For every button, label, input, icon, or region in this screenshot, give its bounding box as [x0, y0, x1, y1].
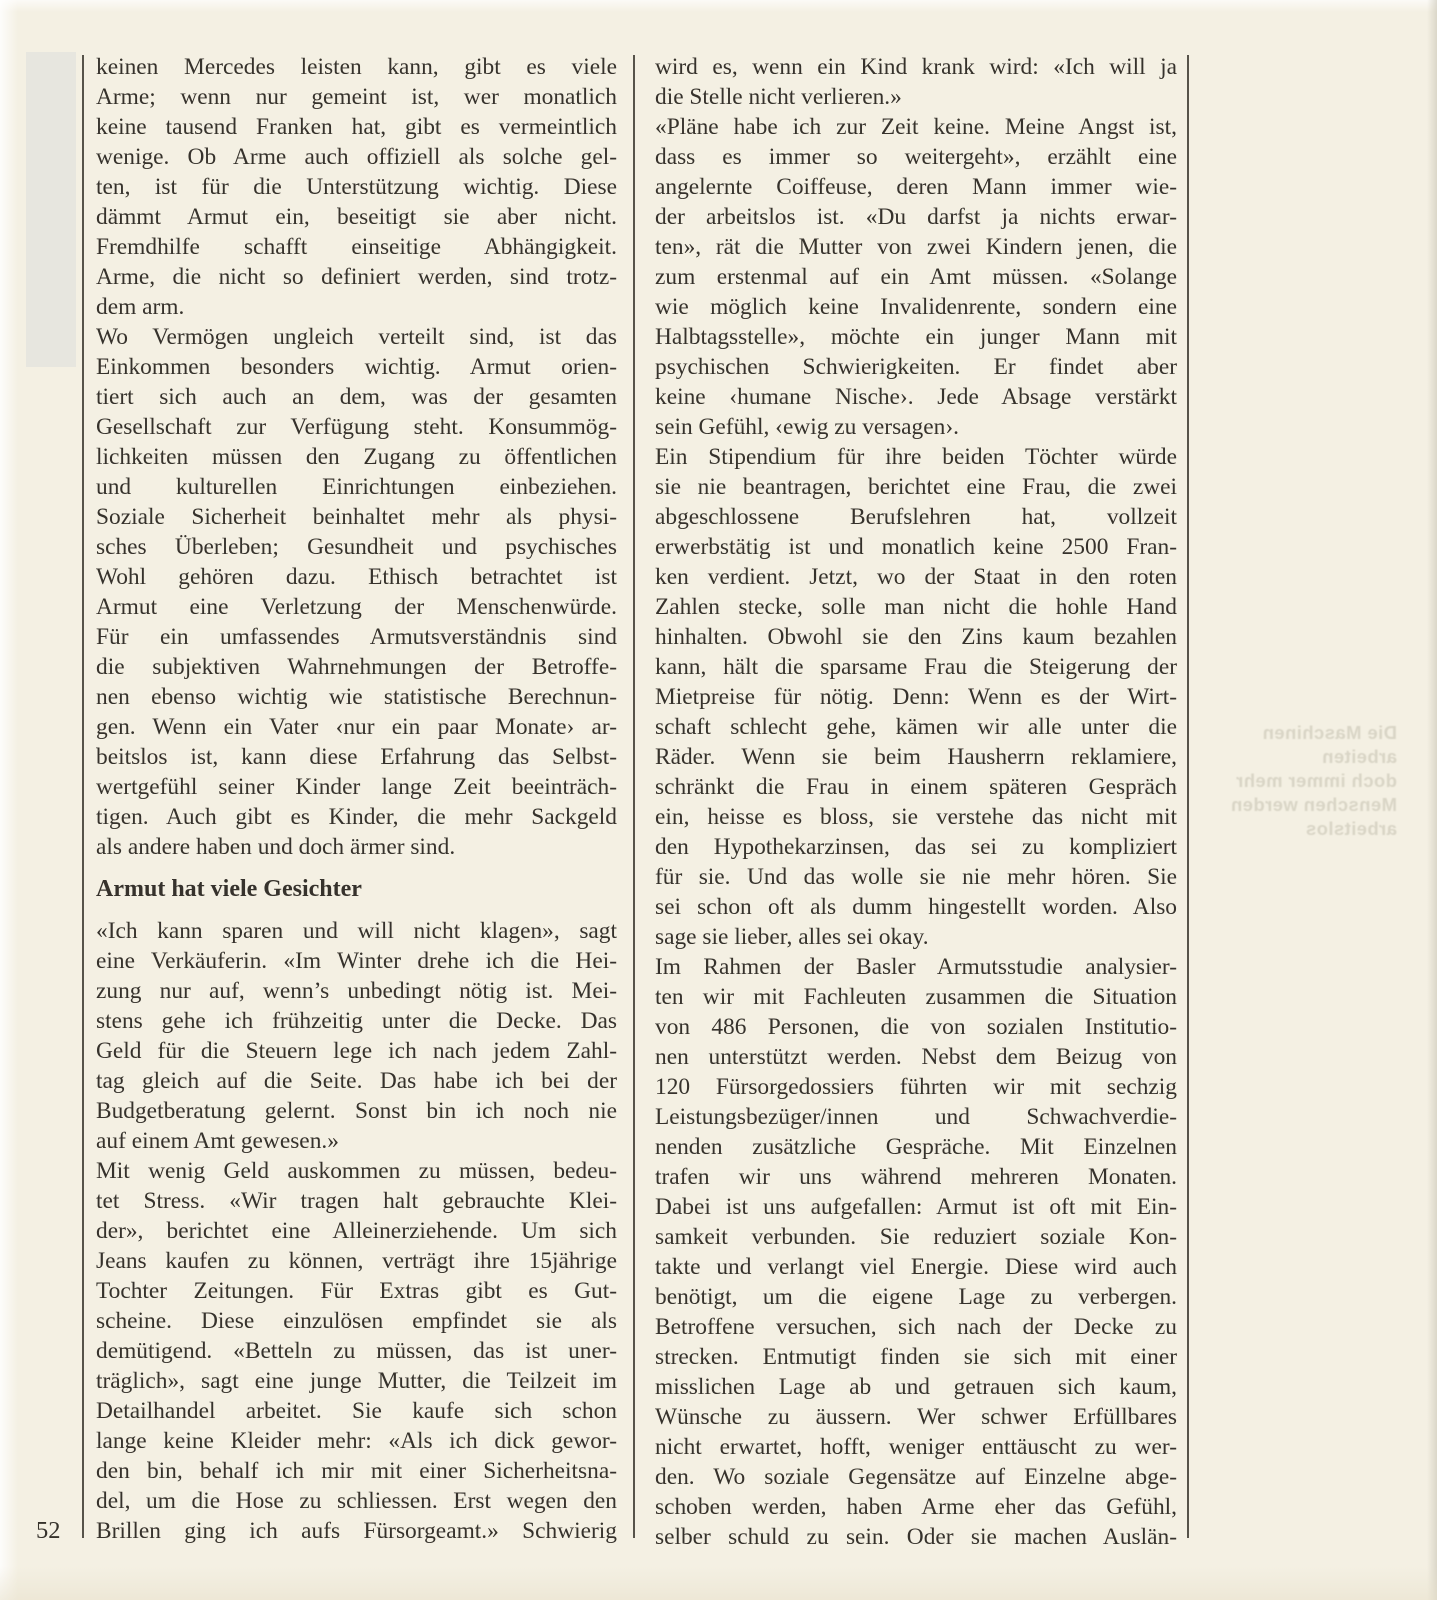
- text-line: Fremdhilfe schafft einseitige Abhängigke…: [96, 232, 617, 262]
- text-line: der», berichtet eine Alleinerziehende. U…: [96, 1216, 617, 1246]
- text-line: del, um die Hose zu schliessen. Erst weg…: [96, 1486, 617, 1516]
- text-line: Halbtagsstelle», möchte ein junger Mann …: [655, 322, 1177, 352]
- left-text-column: keinen Mercedes leisten kann, gibt es vi…: [96, 52, 617, 1546]
- text-line: Leistungsbezüger/innen und Schwachverdie…: [655, 1102, 1177, 1132]
- text-line: selber schuld zu sein. Oder sie machen A…: [655, 1522, 1177, 1552]
- text-line: zum erstenmal auf ein Amt müssen. «Solan…: [655, 262, 1177, 292]
- text-line: Geld für die Steuern lege ich nach jedem…: [96, 1036, 617, 1066]
- text-line: «Pläne habe ich zur Zeit keine. Meine An…: [655, 112, 1177, 142]
- text-line: trafen wir uns während mehreren Monaten.: [655, 1162, 1177, 1192]
- text-line: eine Verkäuferin. «Im Winter drehe ich d…: [96, 946, 617, 976]
- text-line: Für ein umfassendes Armutsverständnis si…: [96, 622, 617, 652]
- text-line: sein Gefühl, ‹ewig zu versagen›.: [655, 412, 1177, 442]
- section-heading: Armut hat viele Gesichter: [96, 874, 617, 904]
- text-line: ten wir mit Fachleuten zusammen die Situ…: [655, 982, 1177, 1012]
- text-line: psychischen Schwierigkeiten. Er findet a…: [655, 352, 1177, 382]
- text-line: Arme; wenn nur gemeint ist, wer monatlic…: [96, 82, 617, 112]
- text-line: Brillen ging ich aufs Fürsorgeamt.» Schw…: [96, 1516, 617, 1546]
- bleedthrough-line: arbeitslos: [1247, 817, 1397, 841]
- center-column-rule: [633, 55, 635, 1538]
- text-line: dämmt Armut ein, beseitigt sie aber nich…: [96, 202, 617, 232]
- text-line: schoben werden, haben Arme eher das Gefü…: [655, 1492, 1177, 1522]
- text-line: samkeit verbunden. Sie reduziert soziale…: [655, 1222, 1177, 1252]
- text-line: sei schon oft als dumm hingestellt worde…: [655, 892, 1177, 922]
- text-line: ein, heisse es bloss, sie verstehe das n…: [655, 802, 1177, 832]
- bleedthrough-caption: Die Maschinenarbeitendoch immer mehrMens…: [1247, 721, 1397, 841]
- scan-edge-bottom: [0, 1566, 1437, 1600]
- text-line: wird es, wenn ein Kind krank wird: «Ich …: [655, 52, 1177, 82]
- text-line: erwerbstätig ist und monatlich keine 250…: [655, 532, 1177, 562]
- text-line: «Ich kann sparen und will nicht klagen»,…: [96, 916, 617, 946]
- right-column-rule: [1187, 55, 1189, 1538]
- text-line: Einkommen besonders wichtig. Armut orien…: [96, 352, 617, 382]
- text-line: auf einem Amt gewesen.»: [96, 1126, 617, 1156]
- bleedthrough-line: Menschen werden: [1247, 793, 1397, 817]
- text-line: wie möglich keine Invalidenrente, sonder…: [655, 292, 1177, 322]
- text-line: nen unterstützt werden. Nebst dem Beizug…: [655, 1042, 1177, 1072]
- text-line: gen. Wenn ein Vater ‹nur ein paar Monate…: [96, 712, 617, 742]
- text-line: hinhalten. Obwohl sie den Zins kaum beza…: [655, 622, 1177, 652]
- text-line: und kulturellen Einrichtungen einbeziehe…: [96, 472, 617, 502]
- text-line: ten», rät die Mutter von zwei Kindern je…: [655, 232, 1177, 262]
- text-line: der arbeitslos ist. «Du darfst ja nichts…: [655, 202, 1177, 232]
- text-line: Dabei ist uns aufgefallen: Armut ist oft…: [655, 1192, 1177, 1222]
- bleedthrough-line: doch immer mehr: [1247, 769, 1397, 793]
- text-line: strecken. Entmutigt finden sie sich mit …: [655, 1342, 1177, 1372]
- text-line: ten, ist für die Unterstützung wichtig. …: [96, 172, 617, 202]
- text-line: Budgetberatung gelernt. Sonst bin ich no…: [96, 1096, 617, 1126]
- bleedthrough-line: Die Maschinen: [1247, 721, 1397, 745]
- text-line: sches Überleben; Gesundheit und psychisc…: [96, 532, 617, 562]
- text-line: kann, hält die sparsame Frau die Steiger…: [655, 652, 1177, 682]
- text-line: lichkeiten müssen den Zugang zu öffentli…: [96, 442, 617, 472]
- text-line: Ein Stipendium für ihre beiden Töchter w…: [655, 442, 1177, 472]
- text-line: tigen. Auch gibt es Kinder, die mehr Sac…: [96, 802, 617, 832]
- text-line: nenden zusätzliche Gespräche. Mit Einzel…: [655, 1132, 1177, 1162]
- text-line: tiert sich auch an dem, was der gesamten: [96, 382, 617, 412]
- text-line: dass es immer so weitergeht», erzählt ei…: [655, 142, 1177, 172]
- text-line: Wünsche zu äussern. Wer schwer Erfüllbar…: [655, 1402, 1177, 1432]
- text-line: Wohl gehören dazu. Ethisch betrachtet is…: [96, 562, 617, 592]
- text-line: demütigend. «Betteln zu müssen, das ist …: [96, 1336, 617, 1366]
- text-line: den bin, behalf ich mir mit einer Sicher…: [96, 1456, 617, 1486]
- text-line: den Hypothekarzinsen, das sei zu kompliz…: [655, 832, 1177, 862]
- text-line: sie nie beantragen, berichtet eine Frau,…: [655, 472, 1177, 502]
- page-number: 52: [36, 1516, 80, 1546]
- text-line: Mietpreise für nötig. Denn: Wenn es der …: [655, 682, 1177, 712]
- scanned-page: keinen Mercedes leisten kann, gibt es vi…: [0, 0, 1437, 1600]
- text-line: tet Stress. «Wir tragen halt gebrauchte …: [96, 1186, 617, 1216]
- text-line: benötigt, um die eigene Lage zu verberge…: [655, 1282, 1177, 1312]
- text-line: 120 Fürsorgedossiers führten wir mit sec…: [655, 1072, 1177, 1102]
- text-line: die Stelle nicht verlieren.»: [655, 82, 1177, 112]
- scan-edge-left: [0, 0, 18, 1600]
- text-line: tag gleich auf die Seite. Das habe ich b…: [96, 1066, 617, 1096]
- text-line: dem arm.: [96, 292, 617, 322]
- right-text-column: wird es, wenn ein Kind krank wird: «Ich …: [655, 52, 1177, 1552]
- text-line: abgeschlossene Berufslehren hat, vollzei…: [655, 502, 1177, 532]
- text-line: keine ‹humane Nische›. Jede Absage verst…: [655, 382, 1177, 412]
- text-line: wenige. Ob Arme auch offiziell als solch…: [96, 142, 617, 172]
- text-line: stens gehe ich frühzeitig unter die Deck…: [96, 1006, 617, 1036]
- text-line: misslichen Lage ab und getrauen sich kau…: [655, 1372, 1177, 1402]
- text-line: schaft schlecht gehe, kämen wir alle unt…: [655, 712, 1177, 742]
- text-line: schränkt die Frau in einem späteren Gesp…: [655, 772, 1177, 802]
- text-line: takte und verlangt viel Energie. Diese w…: [655, 1252, 1177, 1282]
- text-line: keinen Mercedes leisten kann, gibt es vi…: [96, 52, 617, 82]
- text-line: Jeans kaufen zu können, verträgt ihre 15…: [96, 1246, 617, 1276]
- text-line: Armut eine Verletzung der Menschenwürde.: [96, 592, 617, 622]
- text-line: scheine. Diese einzulösen empfindet sie …: [96, 1306, 617, 1336]
- bleedthrough-line: arbeiten: [1247, 745, 1397, 769]
- text-line: die subjektiven Wahrnehmungen der Betrof…: [96, 652, 617, 682]
- text-line: nen ebenso wichtig wie statistische Bere…: [96, 682, 617, 712]
- text-line: von 486 Personen, die von sozialen Insti…: [655, 1012, 1177, 1042]
- text-line: zung nur auf, wenn’s unbedingt nötig ist…: [96, 976, 617, 1006]
- text-line: wertgefühl seiner Kinder lange Zeit beei…: [96, 772, 617, 802]
- text-line: Betroffene versuchen, sich nach der Deck…: [655, 1312, 1177, 1342]
- text-line: Zahlen stecke, solle man nicht die hohle…: [655, 592, 1177, 622]
- text-line: beitslos ist, kann diese Erfahrung das S…: [96, 742, 617, 772]
- text-line: Detailhandel arbeitet. Sie kaufe sich sc…: [96, 1396, 617, 1426]
- scan-edge-right: [1427, 0, 1437, 1600]
- text-line: Soziale Sicherheit beinhaltet mehr als p…: [96, 502, 617, 532]
- text-line: Wo Vermögen ungleich verteilt sind, ist …: [96, 322, 617, 352]
- text-line: Mit wenig Geld auskommen zu müssen, bede…: [96, 1156, 617, 1186]
- scan-edge-top: [0, 0, 1437, 12]
- text-line: angelernte Coiffeuse, deren Mann immer w…: [655, 172, 1177, 202]
- text-line: träglich», sagt eine junge Mutter, die T…: [96, 1366, 617, 1396]
- text-line: Arme, die nicht so definiert werden, sin…: [96, 262, 617, 292]
- text-line: sage sie lieber, alles sei okay.: [655, 922, 1177, 952]
- text-line: Gesellschaft zur Verfügung steht. Konsum…: [96, 412, 617, 442]
- text-line: Im Rahmen der Basler Armutsstudie analys…: [655, 952, 1177, 982]
- text-line: Tochter Zeitungen. Für Extras gibt es Gu…: [96, 1276, 617, 1306]
- text-line: den. Wo soziale Gegensätze auf Einzelne …: [655, 1462, 1177, 1492]
- text-line: als andere haben und doch ärmer sind.: [96, 832, 617, 862]
- text-line: ken verdient. Jetzt, wo der Staat in den…: [655, 562, 1177, 592]
- text-line: lange keine Kleider mehr: «Als ich dick …: [96, 1426, 617, 1456]
- text-line: keine tausend Franken hat, gibt es verme…: [96, 112, 617, 142]
- text-line: Räder. Wenn sie beim Hausherrn reklamier…: [655, 742, 1177, 772]
- text-line: für sie. Und das wolle sie nie mehr höre…: [655, 862, 1177, 892]
- margin-tab-strip: [26, 52, 76, 367]
- left-column-rule: [82, 55, 84, 1538]
- text-line: nicht erwartet, hofft, weniger enttäusch…: [655, 1432, 1177, 1462]
